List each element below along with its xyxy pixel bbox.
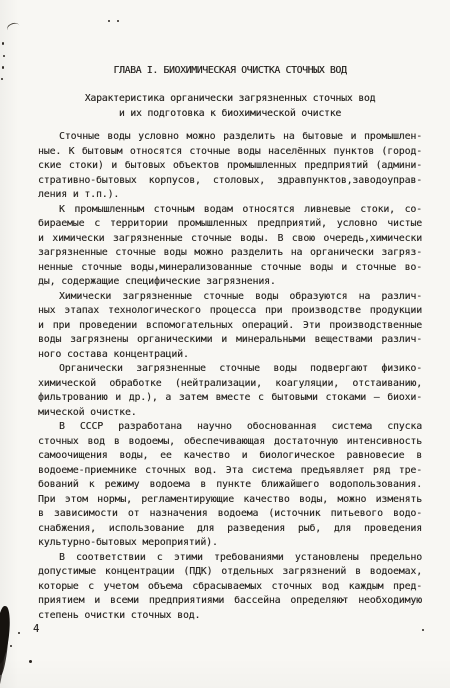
text-line: сточных вод в водоемы, обеспечивающая до… (38, 435, 422, 450)
text-line: которые с учетом объема сбрасываемых сто… (38, 580, 422, 595)
text-line: воды загрязнены органическими и минераль… (38, 333, 422, 348)
section-heading-line-1: Характеристика органически загрязненных … (38, 91, 422, 106)
text-line: приятием и всеми предприятиями бассейна … (38, 594, 422, 609)
scan-speckle (108, 20, 110, 22)
text-line: Сточные воды условно можно разделить на … (38, 130, 422, 145)
text-line: фильтрованию и др.), а затем вместе с бы… (38, 391, 422, 406)
text-line: степень очистки сточных вод. (38, 609, 422, 624)
text-line: бираемые с территории промышленных предп… (38, 217, 422, 232)
text-line: водоеме-приемнике сточных вод. Эта систе… (38, 464, 422, 479)
text-line: химической обработке (нейтрализации, коа… (38, 377, 422, 392)
scanned-page: ГЛАВА I. БИОХИМИЧЕСКАЯ ОЧИСТКА СТОЧНЫХ В… (0, 0, 450, 688)
text-line: и химически загрязненные сточные воды. В… (38, 232, 422, 247)
text-line: ды, содержащие специфические загрязнения… (38, 275, 422, 290)
chapter-heading: ГЛАВА I. БИОХИМИЧЕСКАЯ ОЧИСТКА СТОЧНЫХ В… (38, 64, 422, 78)
text-line: загрязненные сточные воды можно разделит… (38, 246, 422, 261)
scan-speckle (2, 42, 4, 45)
text-line: Органически загрязненные сточные воды по… (38, 362, 422, 377)
scan-speckle (342, 599, 344, 601)
paragraph: Органически загрязненные сточные воды по… (38, 362, 422, 420)
scan-speckle (29, 660, 32, 663)
text-line: и при проведении вспомогательных операци… (38, 319, 422, 334)
text-line: допустимые концентрации (ПДК) отдельных … (38, 565, 422, 580)
text-line: бований к режиму водоема в пункте ближай… (38, 478, 422, 493)
scan-speckle (2, 66, 4, 69)
page-number: 4 (33, 623, 39, 635)
text-line: К промышленным сточным водам относятся л… (38, 203, 422, 218)
paragraph: Химически загрязненные сточные воды обра… (38, 290, 422, 363)
text-line: Химически загрязненные сточные воды обра… (38, 290, 422, 305)
section-heading-line-2: и их подготовка к биохимической очистке (38, 106, 422, 121)
paragraph: Сточные воды условно можно разделить на … (38, 130, 422, 203)
paragraph: В СССР разработана научно обоснованная с… (38, 420, 422, 551)
scan-speckle (18, 632, 20, 634)
text-line: мической очистке. (38, 406, 422, 421)
ink-smudge-artifact (0, 605, 12, 664)
scan-speckle (3, 55, 5, 57)
text-line: культурно-бытовых мероприятий). (38, 536, 422, 551)
text-block: ГЛАВА I. БИОХИМИЧЕСКАЯ ОЧИСТКА СТОЧНЫХ В… (38, 64, 422, 623)
text-line: стративно-бытовых корпусов, столовых, зд… (38, 174, 422, 189)
text-line: ные. К бытовым относятся сточные воды на… (38, 145, 422, 160)
scan-speckle (117, 20, 119, 22)
scan-speckle (1, 78, 3, 80)
body-text: Сточные воды условно можно разделить на … (38, 130, 422, 623)
paragraph: В соответствии с этими требованиями уста… (38, 551, 422, 624)
text-line: В СССР разработана научно обоснованная с… (38, 420, 422, 435)
text-line: самоочищения воды, ее качество и биологи… (38, 449, 422, 464)
scan-speckle (10, 645, 12, 647)
section-heading: Характеристика органически загрязненных … (38, 91, 422, 121)
text-line: снабжения, использование для разведения … (38, 522, 422, 537)
text-line: ления и т.п.). (38, 188, 422, 203)
text-line: ские стоки) и бытовых объектов промышлен… (38, 159, 422, 174)
paragraph: К промышленным сточным водам относятся л… (38, 203, 422, 290)
text-line: ного состава концентраций. (38, 348, 422, 363)
text-line: ненные сточные воды,минерализованные сто… (38, 261, 422, 276)
scan-speckle (422, 629, 424, 631)
text-line: в зависимости от назначения водоема (ист… (38, 507, 422, 522)
text-line: В соответствии с этими требованиями уста… (38, 551, 422, 566)
pencil-mark-artifact (5, 21, 21, 36)
text-line: При этом нормы, регламентирующие качеств… (38, 493, 422, 508)
text-line: ных этапах технологического процесса при… (38, 304, 422, 319)
